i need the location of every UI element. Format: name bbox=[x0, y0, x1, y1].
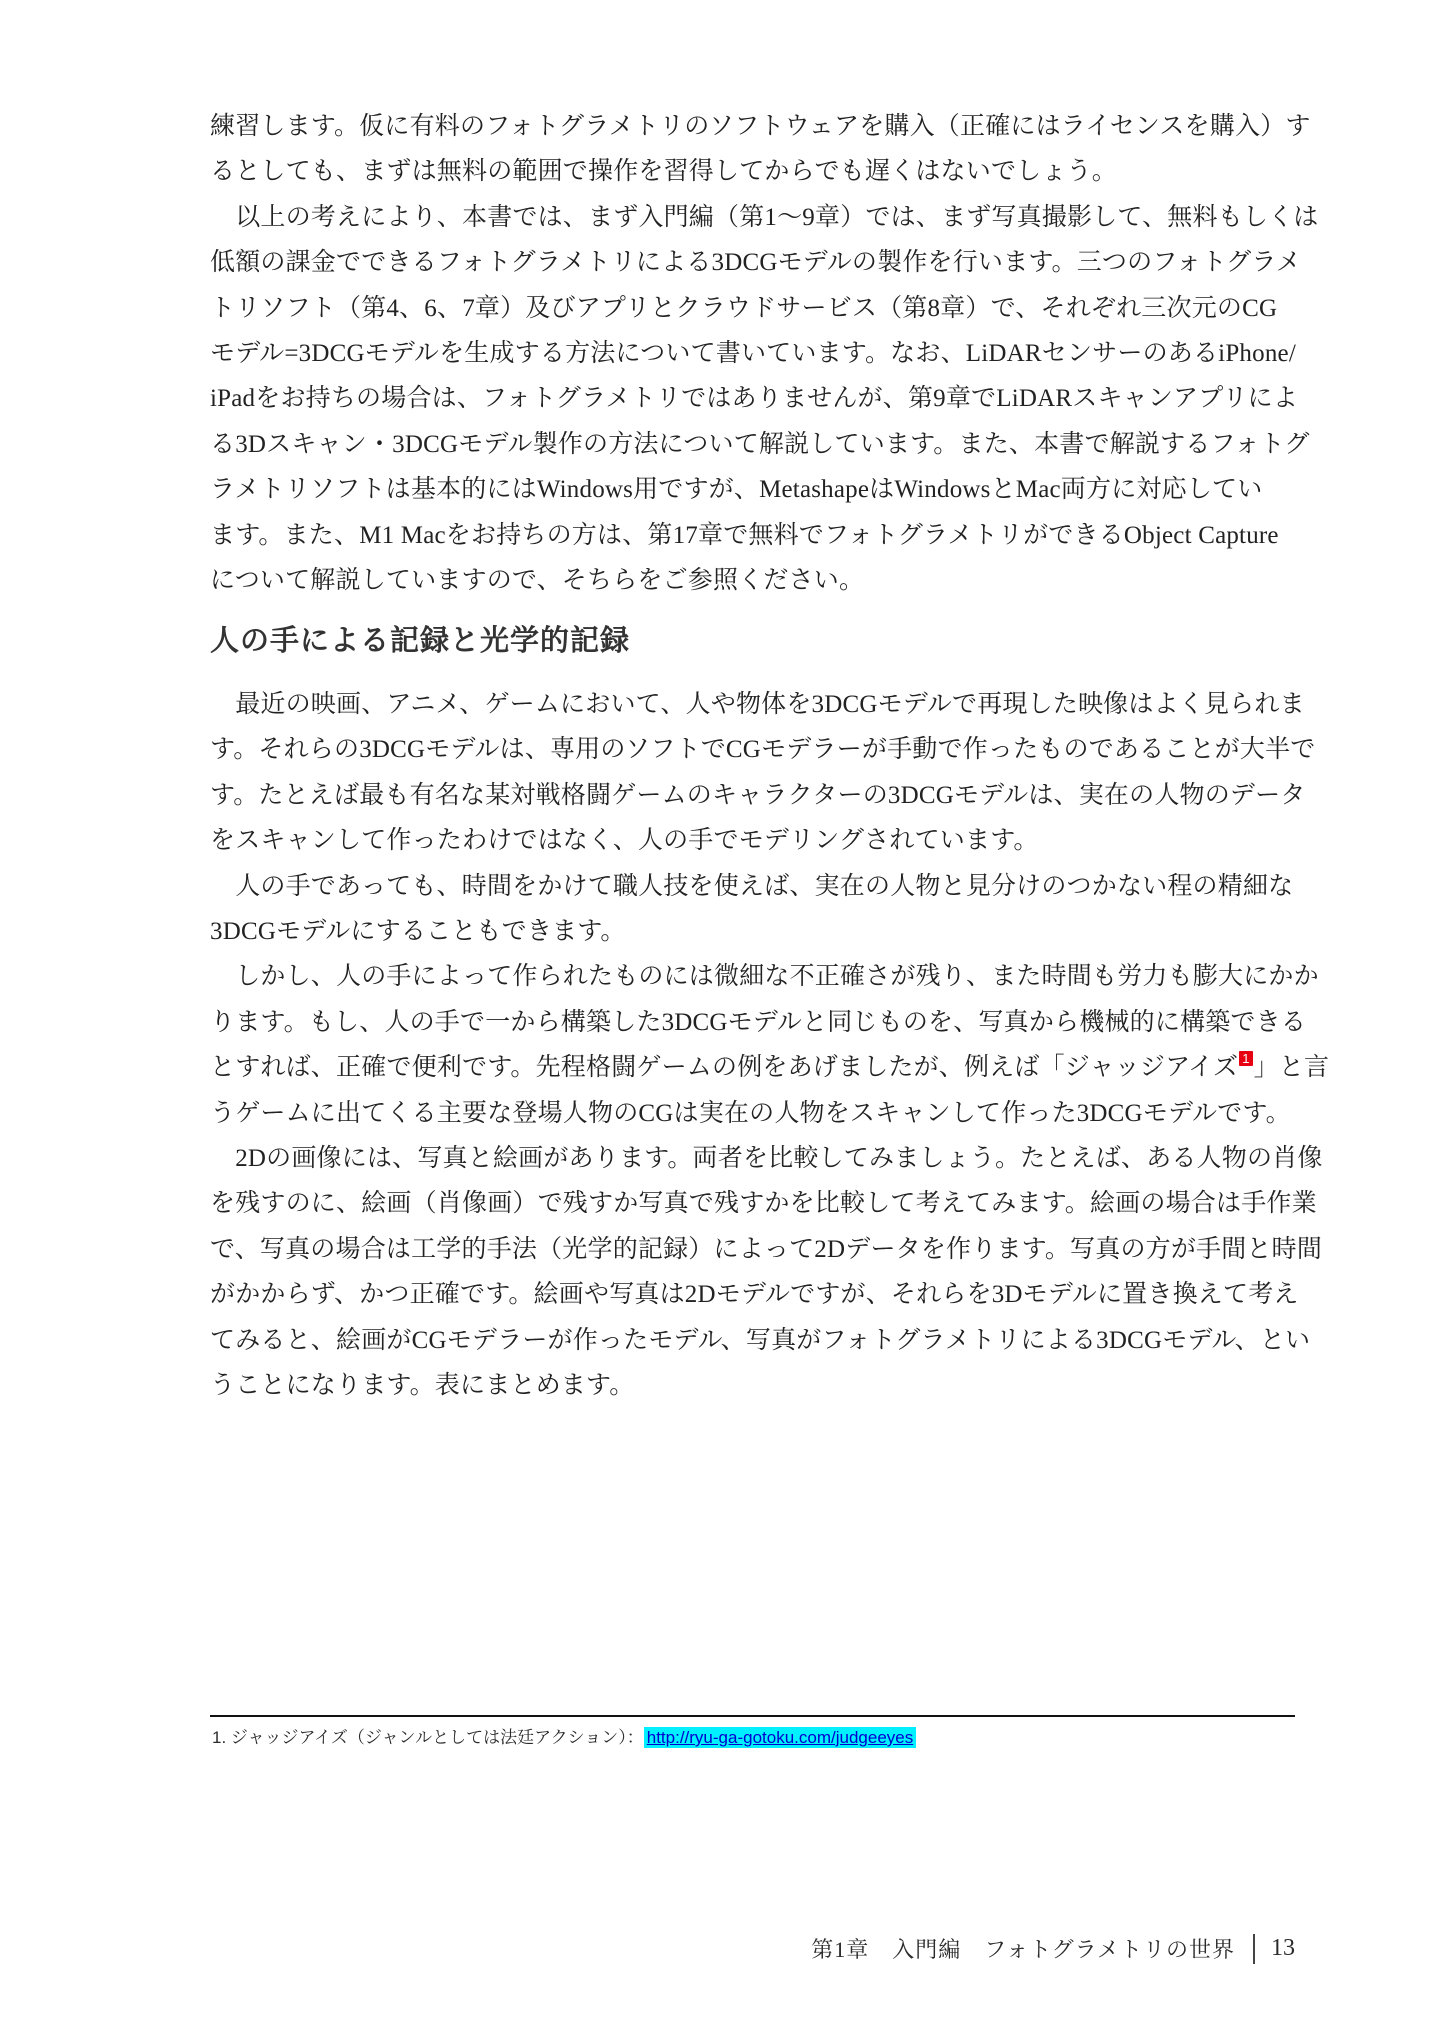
page-footer: 第1章 入門編 フォトグラメトリの世界 13 bbox=[811, 1933, 1295, 1964]
paragraph: しかし、人の手によって作られたものには微細な不正確さが残り、また時間も労力も膨大… bbox=[210, 954, 1295, 1136]
footer-chapter-title: 第1章 入門編 フォトグラメトリの世界 bbox=[811, 1933, 1235, 1964]
text-line: をスキャンして作ったわけではなく、人の手でモデリングされています。 bbox=[210, 818, 1295, 863]
text-line: ラメトリソフトは基本的にはWindows用ですが、MetashapeはWindo… bbox=[210, 467, 1295, 512]
text-line: てみると、絵画がCGモデラーが作ったモデル、写真がフォトグラメトリによる3DCG… bbox=[210, 1318, 1295, 1363]
text-line: 人の手であっても、時間をかけて職人技を使えば、実在の人物と見分けのつかない程の精… bbox=[210, 864, 1295, 909]
text-line: るとしても、まずは無料の範囲で操作を習得してからでも遅くはないでしょう。 bbox=[210, 149, 1295, 194]
text-line: うことになります。表にまとめます。 bbox=[210, 1363, 1295, 1408]
text-segment: とすれば、正確で便利です。先程格闘ゲームの例をあげましたが、例えば「ジャッジアイ… bbox=[210, 1054, 1238, 1081]
text-line: ります。もし、人の手で一から構築した3DCGモデルと同じものを、写真から機械的に… bbox=[210, 1000, 1295, 1045]
text-line: 以上の考えにより、本書では、まず入門編（第1～9章）では、まず写真撮影して、無料… bbox=[210, 195, 1295, 240]
text-line: モデル=3DCGモデルを生成する方法について書いています。なお、LiDARセンサ… bbox=[210, 331, 1295, 376]
text-line: す。たとえば最も有名な某対戦格闘ゲームのキャラクターの3DCGモデルは、実在の人… bbox=[210, 773, 1295, 818]
text-line: 低額の課金でできるフォトグラメトリによる3DCGモデルの製作を行います。三つのフ… bbox=[210, 240, 1295, 285]
paragraph: 人の手であっても、時間をかけて職人技を使えば、実在の人物と見分けのつかない程の精… bbox=[210, 864, 1295, 955]
text-line: 2Dの画像には、写真と絵画があります。両者を比較してみましょう。たとえば、ある人… bbox=[210, 1136, 1295, 1181]
paragraph: 以上の考えにより、本書では、まず入門編（第1～9章）では、まず写真撮影して、無料… bbox=[210, 195, 1295, 604]
footer-page-number: 13 bbox=[1271, 1935, 1295, 1962]
text-line: る3Dスキャン・3DCGモデル製作の方法について解説しています。また、本書で解説… bbox=[210, 422, 1295, 467]
section-heading: 人の手による記録と光学的記録 bbox=[210, 619, 1295, 664]
text-line: で、写真の場合は工学的手法（光学的記録）によって2Dデータを作ります。写真の方が… bbox=[210, 1227, 1295, 1272]
text-line: しかし、人の手によって作られたものには微細な不正確さが残り、また時間も労力も膨大… bbox=[210, 954, 1295, 999]
text-line: す。それらの3DCGモデルは、専用のソフトでCGモデラーが手動で作ったものである… bbox=[210, 727, 1295, 772]
body-text: 練習します。仮に有料のフォトグラメトリのソフトウェアを購入（正確にはライセンスを… bbox=[210, 104, 1295, 1408]
footnote: 1. ジャッジアイズ（ジャンルとしては法廷アクション）：http://ryu-g… bbox=[212, 1726, 916, 1750]
text-line: とすれば、正確で便利です。先程格闘ゲームの例をあげましたが、例えば「ジャッジアイ… bbox=[210, 1045, 1295, 1090]
document-page: 練習します。仮に有料のフォトグラメトリのソフトウェアを購入（正確にはライセンスを… bbox=[0, 0, 1433, 2024]
text-line: がかからず、かつ正確です。絵画や写真は2Dモデルですが、それらを3Dモデルに置き… bbox=[210, 1272, 1295, 1317]
text-line: 練習します。仮に有料のフォトグラメトリのソフトウェアを購入（正確にはライセンスを… bbox=[210, 104, 1295, 149]
footnote-label: 1. ジャッジアイズ（ジャンルとしては法廷アクション）： bbox=[212, 1728, 644, 1747]
text-line: iPadをお持ちの場合は、フォトグラメトリではありませんが、第9章でLiDARス… bbox=[210, 376, 1295, 421]
text-segment: 」と言 bbox=[1254, 1054, 1330, 1081]
footnote-ref-marker[interactable]: 1 bbox=[1239, 1051, 1252, 1066]
text-line: について解説していますので、そちらをご参照ください。 bbox=[210, 558, 1295, 603]
footer-divider-bar bbox=[1253, 1934, 1255, 1964]
footnote-link[interactable]: http://ryu-ga-gotoku.com/judgeeyes bbox=[644, 1727, 916, 1748]
footnote-divider bbox=[210, 1715, 1295, 1717]
text-line: 最近の映画、アニメ、ゲームにおいて、人や物体を3DCGモデルで再現した映像はよく… bbox=[210, 682, 1295, 727]
paragraph: 練習します。仮に有料のフォトグラメトリのソフトウェアを購入（正確にはライセンスを… bbox=[210, 104, 1295, 195]
text-line: うゲームに出てくる主要な登場人物のCGは実在の人物をスキャンして作った3DCGモ… bbox=[210, 1091, 1295, 1136]
text-line: トリソフト（第4、6、7章）及びアプリとクラウドサービス（第8章）で、それぞれ三… bbox=[210, 286, 1295, 331]
text-line: ます。また、M1 Macをお持ちの方は、第17章で無料でフォトグラメトリができる… bbox=[210, 513, 1295, 558]
paragraph: 最近の映画、アニメ、ゲームにおいて、人や物体を3DCGモデルで再現した映像はよく… bbox=[210, 682, 1295, 864]
text-line: を残すのに、絵画（肖像画）で残すか写真で残すかを比較して考えてみます。絵画の場合… bbox=[210, 1181, 1295, 1226]
text-line: 3DCGモデルにすることもできます。 bbox=[210, 909, 1295, 954]
paragraph: 2Dの画像には、写真と絵画があります。両者を比較してみましょう。たとえば、ある人… bbox=[210, 1136, 1295, 1408]
